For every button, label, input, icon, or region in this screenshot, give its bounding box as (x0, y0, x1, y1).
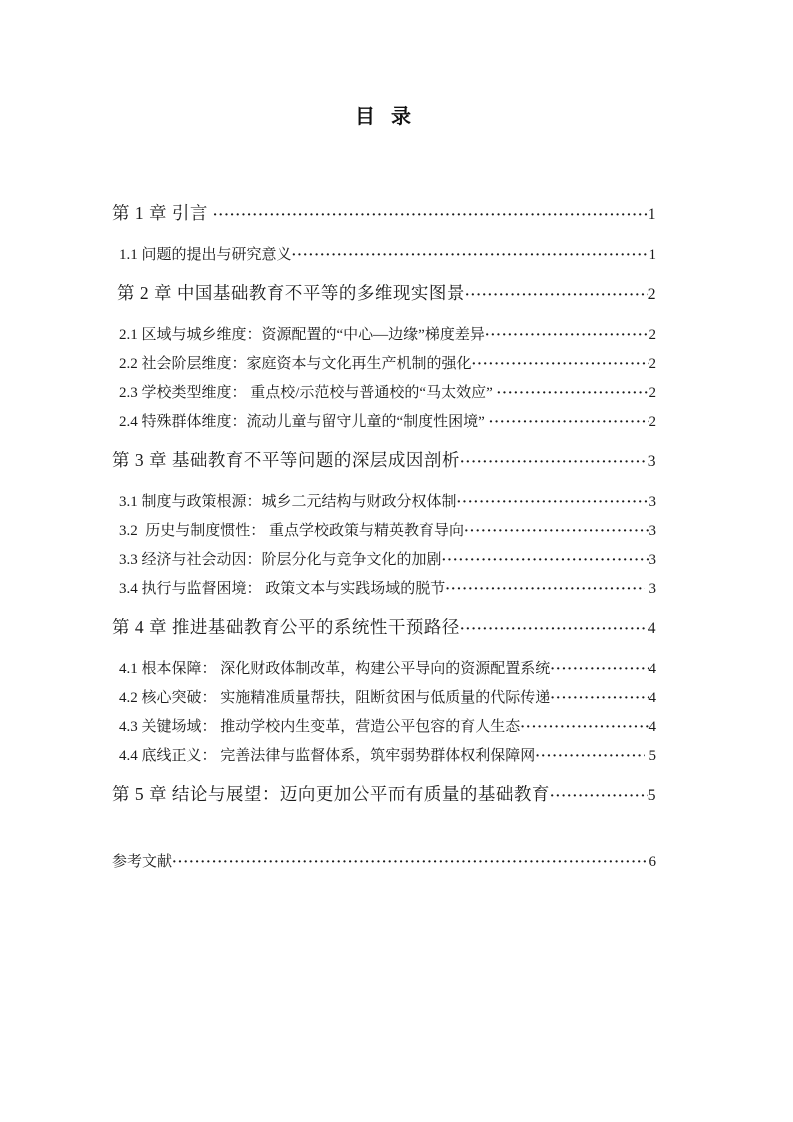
toc-entry-text: 参考文献 (112, 852, 172, 873)
dot-leader: ········································… (213, 201, 648, 228)
toc-entry-text: 第 1 章 引言 (112, 201, 213, 226)
toc-entry[interactable]: 3.4 执行与监督困境： 政策文本与实践场域的脱节···············… (112, 579, 656, 600)
toc-entry-page: 2 (649, 412, 657, 433)
toc-entry-page: 5 (648, 783, 656, 808)
dot-leader: ········································… (550, 688, 648, 709)
toc-entry-page: 2 (649, 383, 657, 404)
toc-entry-text: 第 2 章 中国基础教育不平等的多维现实图景 (117, 281, 465, 306)
dot-leader-dots: ········································… (535, 749, 644, 764)
toc-entry-page: 2 (649, 325, 657, 346)
dot-leader: ········································… (535, 746, 644, 767)
toc-entry-page: 3 (645, 579, 656, 600)
dot-leader-dots: ········································… (172, 855, 648, 870)
dot-leader-dots: ········································… (485, 328, 649, 343)
toc-entry-page: 4 (649, 659, 657, 680)
toc-entry[interactable]: 2.3 学校类型维度： 重点校/示范校与普通校的“马太效应” ·········… (112, 383, 656, 404)
toc-entry-text: 2.3 学校类型维度： 重点校/示范校与普通校的“马太效应” (119, 383, 497, 404)
dot-leader-dots: ········································… (489, 415, 649, 430)
toc-list: 第 1 章 引言 ·······························… (112, 201, 656, 873)
toc-entry-text: 2.2 社会阶层维度：家庭资本与文化再生产机制的强化 (119, 354, 472, 375)
toc-entry-page: 4 (649, 717, 657, 738)
dot-leader: ········································… (464, 521, 648, 542)
dot-leader: ········································… (445, 579, 644, 600)
dot-leader-dots: ········································… (457, 495, 649, 510)
dot-leader-dots: ········································… (460, 622, 648, 637)
dot-leader-dots: ········································… (520, 720, 648, 735)
toc-entry-text: 3.1 制度与政策根源：城乡二元结构与财政分权体制 (119, 492, 457, 513)
toc-entry[interactable]: 4.3 关键场域： 推动学校内生变革，营造公平包容的育人生态··········… (112, 717, 656, 738)
toc-entry[interactable]: 3.2 历史与制度惯性： 重点学校政策与精英教育导向··············… (112, 521, 656, 542)
dot-leader: ········································… (550, 782, 648, 809)
toc-entry-page: 3 (648, 449, 656, 474)
dot-leader: ········································… (457, 492, 649, 513)
dot-leader-dots: ········································… (465, 288, 648, 303)
toc-entry-page: 2 (648, 282, 656, 307)
dot-leader: ········································… (442, 550, 649, 571)
toc-entry-text: 4.3 关键场域： 推动学校内生变革，营造公平包容的育人生态 (119, 717, 520, 738)
toc-entry-text: 4.2 核心突破： 实施精准质量帮扶，阻断贫困与低质量的代际传递 (119, 688, 550, 709)
dot-leader-dots: ········································… (550, 691, 648, 706)
toc-entry-text: 3.2 历史与制度惯性： 重点学校政策与精英教育导向 (119, 521, 464, 542)
toc-entry-text: 2.1 区域与城乡维度：资源配置的“中心—边缘”梯度差异 (119, 325, 485, 346)
dot-leader-dots: ········································… (292, 248, 649, 263)
toc-entry-page: 3 (649, 550, 657, 571)
dot-leader: ········································… (460, 448, 648, 475)
dot-leader: ········································… (472, 354, 649, 375)
toc-entry[interactable]: 2.4 特殊群体维度：流动儿童与留守儿童的“制度性困境” ···········… (112, 412, 656, 433)
toc-entry[interactable]: 4.4 底线正义： 完善法律与监督体系，筑牢弱势群体权利保障网·········… (112, 746, 656, 767)
toc-title: 目 录 (112, 103, 656, 131)
dot-leader: ········································… (460, 615, 648, 642)
dot-leader: ········································… (489, 412, 649, 433)
dot-leader: ········································… (292, 245, 649, 266)
toc-entry[interactable]: 2.2 社会阶层维度：家庭资本与文化再生产机制的强化··············… (112, 354, 656, 375)
toc-entry-text: 1.1 问题的提出与研究意义 (119, 245, 292, 266)
toc-entry-text: 3.3 经济与社会动因：阶层分化与竞争文化的加剧 (119, 550, 442, 571)
dot-leader: ········································… (465, 281, 648, 308)
dot-leader-dots: ········································… (550, 662, 648, 677)
dot-leader: ········································… (497, 383, 649, 404)
toc-entry-page: 1 (649, 245, 657, 266)
dot-leader-dots: ········································… (442, 553, 649, 568)
dot-leader-dots: ········································… (497, 386, 649, 401)
dot-leader-dots: ········································… (550, 789, 648, 804)
toc-entry-text: 第 5 章 结论与展望：迈向更加公平而有质量的基础教育 (112, 782, 550, 807)
toc-entry[interactable]: 第 2 章 中国基础教育不平等的多维现实图景··················… (112, 281, 656, 308)
toc-entry[interactable]: 第 4 章 推进基础教育公平的系统性干预路径··················… (112, 615, 656, 642)
toc-entry-page: 2 (649, 354, 657, 375)
toc-entry-text: 4.4 底线正义： 完善法律与监督体系，筑牢弱势群体权利保障网 (119, 746, 535, 767)
dot-leader-dots: ········································… (472, 357, 649, 372)
dot-leader-dots: ········································… (213, 208, 648, 223)
dot-leader: ········································… (485, 325, 649, 346)
toc-entry-text: 2.4 特殊群体维度：流动儿童与留守儿童的“制度性困境” (119, 412, 489, 433)
dot-leader: ········································… (520, 717, 648, 738)
toc-entry-page: 3 (649, 492, 657, 513)
toc-entry[interactable]: 3.1 制度与政策根源：城乡二元结构与财政分权体制···············… (112, 492, 656, 513)
document-page: 目 录 第 1 章 引言 ···························… (0, 0, 793, 1122)
toc-entry-page: 3 (649, 521, 657, 542)
toc-entry-page: 4 (648, 616, 656, 641)
dot-leader: ········································… (550, 659, 648, 680)
toc-entry-page: 6 (649, 852, 657, 873)
dot-leader-dots: ········································… (445, 582, 644, 597)
toc-entry-text: 第 3 章 基础教育不平等问题的深层成因剖析 (112, 448, 460, 473)
dot-leader-dots: ········································… (464, 524, 648, 539)
dot-leader: ········································… (172, 852, 648, 873)
toc-entry[interactable]: 第 5 章 结论与展望：迈向更加公平而有质量的基础教育·············… (112, 782, 656, 809)
toc-entry-page: 1 (648, 202, 656, 227)
toc-entry[interactable]: 3.3 经济与社会动因：阶层分化与竞争文化的加剧················… (112, 550, 656, 571)
toc-entry[interactable]: 4.2 核心突破： 实施精准质量帮扶，阻断贫困与低质量的代际传递········… (112, 688, 656, 709)
toc-entry[interactable]: 第 1 章 引言 ·······························… (112, 201, 656, 228)
toc-entry[interactable]: 4.1 根本保障： 深化财政体制改革，构建公平导向的资源配置系统········… (112, 659, 656, 680)
toc-entry-page: 5 (645, 746, 656, 767)
toc-entry-text: 4.1 根本保障： 深化财政体制改革，构建公平导向的资源配置系统 (119, 659, 550, 680)
toc-entry[interactable]: 参考文献····································… (112, 852, 656, 873)
toc-entry-page: 4 (649, 688, 657, 709)
toc-entry[interactable]: 2.1 区域与城乡维度：资源配置的“中心—边缘”梯度差异············… (112, 325, 656, 346)
toc-entry-text: 第 4 章 推进基础教育公平的系统性干预路径 (112, 615, 460, 640)
toc-entry-text: 3.4 执行与监督困境： 政策文本与实践场域的脱节 (119, 579, 445, 600)
toc-entry[interactable]: 第 3 章 基础教育不平等问题的深层成因剖析··················… (112, 448, 656, 475)
toc-entry[interactable]: 1.1 问题的提出与研究意义··························… (112, 245, 656, 266)
dot-leader-dots: ········································… (460, 455, 648, 470)
